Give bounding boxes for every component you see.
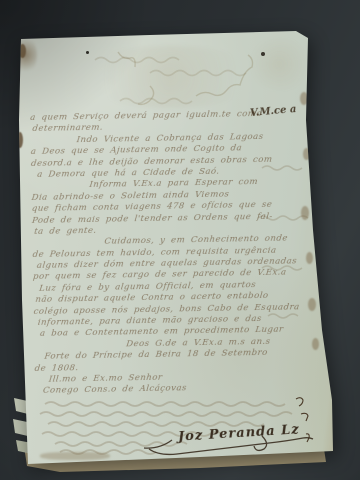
manuscript-text: a quem Serviço deverá pagar igualm.te co… (30, 108, 311, 398)
manuscript-page-wrap: a quem Serviço deverá pagar igualm.te co… (0, 0, 360, 480)
manuscript-page: a quem Serviço deverá pagar igualm.te co… (0, 0, 360, 480)
photo-background: a quem Serviço deverá pagar igualm.te co… (0, 0, 360, 480)
water-stain (248, 38, 310, 90)
edge-smudge (300, 92, 308, 105)
ink-speck (261, 52, 265, 56)
ink-speck (86, 51, 89, 54)
corner-stain (13, 36, 37, 74)
edge-stain (19, 44, 26, 58)
edge-stain (17, 132, 23, 148)
edge-smudge (312, 338, 319, 350)
edge-smudge (40, 452, 110, 460)
water-stain (80, 46, 260, 108)
signature: Joz Peranda Lz (178, 422, 300, 444)
